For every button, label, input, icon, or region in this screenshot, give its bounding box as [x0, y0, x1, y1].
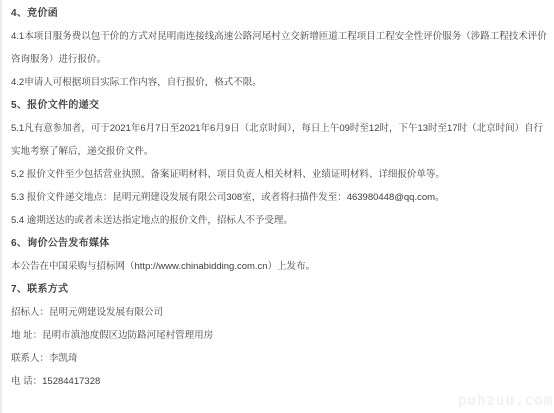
section-5-paragraph-3: 5.3 报价文件递交地点：昆明元朔建设发展有限公司308室，或者将扫描件发至：4… [11, 186, 548, 209]
section-5-paragraph-1: 5.1凡有意参加者，可于2021年6月7日至2021年6月9日（北京时间），每日… [11, 117, 548, 163]
section-6-heading: 6、询价公告发布媒体 [11, 232, 548, 255]
section-5-heading: 5、报价文件的递交 [11, 94, 548, 117]
contact-phone-line: 电 话：15284417328 [11, 370, 548, 393]
contact-bidder-line: 招标人：昆明元朔建设发展有限公司 [11, 301, 548, 324]
section-4-paragraph-1: 4.1本项目服务费以包干价的方式对昆明南连接线高速公路河尾村立交新增匝道工程项目… [11, 25, 548, 71]
document-page: 4、竞价函 4.1本项目服务费以包干价的方式对昆明南连接线高速公路河尾村立交新增… [0, 0, 554, 413]
section-4-heading: 4、竞价函 [11, 2, 548, 25]
watermark: puhzuu.com [458, 391, 553, 409]
contact-address-line: 地 址：昆明市滇池度假区边防路河尾村管理用房 [11, 324, 548, 347]
section-7-heading: 7、联系方式 [11, 278, 548, 301]
section-4-paragraph-2: 4.2申请人可根据项目实际工作内容，自行报价，格式不限。 [11, 71, 548, 94]
section-5-paragraph-2: 5.2 报价文件至少包括营业执照、备案证明材料、项目负责人相关材料、业绩证明材料… [11, 163, 548, 186]
contact-person-line: 联系人：李凯琦 [11, 347, 548, 370]
section-6-paragraph-1: 本公告在中国采购与招标网（http://www.chinabidding.com… [11, 255, 548, 278]
section-5-paragraph-4: 5.4 逾期送达的或者未送达指定地点的报价文件，招标人不予受理。 [11, 209, 548, 232]
